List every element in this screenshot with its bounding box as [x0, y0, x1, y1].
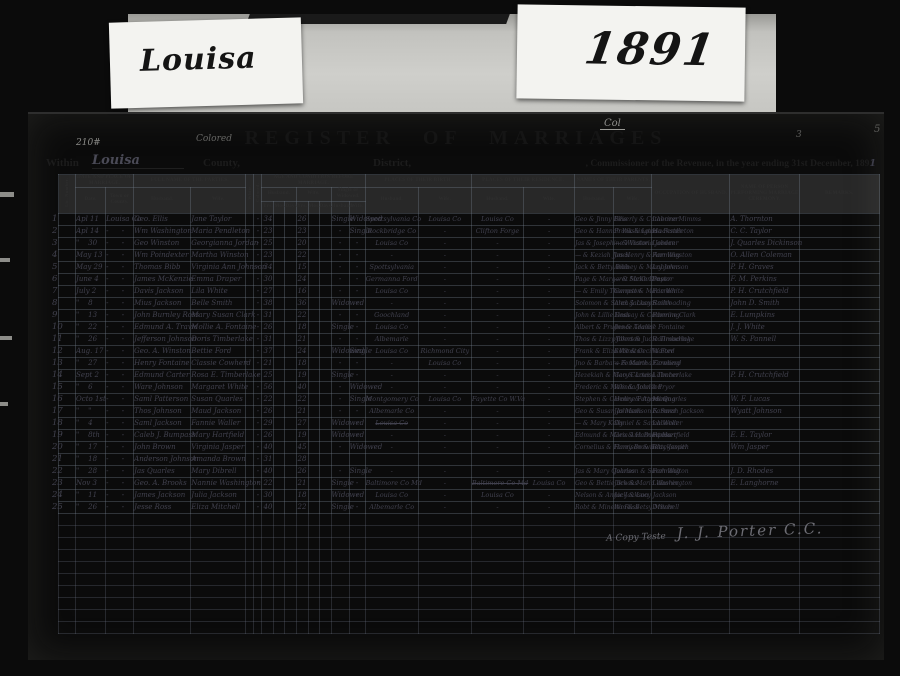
- cell-min: J. Quarles Dickinson: [730, 237, 799, 249]
- cell-mw: [308, 357, 319, 369]
- cell-rem: [799, 573, 879, 585]
- cell-ch: -: [331, 393, 349, 405]
- cell-min: P. H. Graves: [730, 261, 799, 273]
- cell-yh: 23: [262, 225, 274, 237]
- cell-pw: [614, 573, 652, 585]
- cell-husband: [134, 585, 191, 597]
- cell-wife: Emma Draper: [191, 273, 246, 285]
- cell-rem: [799, 597, 879, 609]
- cell-dh: [285, 585, 296, 597]
- cell-yh: [262, 513, 274, 525]
- cell-wife: [191, 597, 246, 609]
- cell-date: " 4: [76, 417, 106, 429]
- cell-dw: [319, 417, 331, 429]
- cell-colored: [254, 549, 262, 561]
- register-table: Lic. Number. DATE AND PLACE OF MARRIAGE.…: [58, 174, 880, 634]
- page-title: REGISTER OF MARRIAGES: [28, 127, 884, 150]
- col-group-names: FULL NAME OF THE PARTIES.: [134, 175, 246, 188]
- cell-cw: [349, 453, 365, 465]
- cell-dw: [319, 321, 331, 333]
- cell-pw: Henry & Agnes Quarles: [614, 393, 652, 405]
- cell-bw: -: [418, 309, 471, 321]
- commissioner-line: , Commissioner of the Revenue, in the ye…: [586, 158, 876, 169]
- cell-dw: [319, 405, 331, 417]
- cell-wife: Virginia Jasper: [191, 441, 246, 453]
- cell-husband: Caleb J. Bumpass: [134, 429, 191, 441]
- cell-ph: — & Keziah Jones: [575, 249, 614, 261]
- cell-mh: [274, 525, 285, 537]
- cell-rw: [524, 609, 575, 621]
- cell-ph: Jno & Barbara Fontaine: [575, 357, 614, 369]
- table-row: 21" 18- -Anderson JohnsonAmanda Brown-31…: [59, 453, 880, 465]
- cell-white: [246, 549, 254, 561]
- cell-ph: Geo & Susan Johnson: [575, 405, 614, 417]
- col-header-residence-husband: Husband.: [471, 187, 523, 213]
- cell-ch: Single: [331, 501, 349, 513]
- cell-occ: Waiter: [652, 345, 730, 357]
- cell-yw: 21: [296, 477, 308, 489]
- cell-place: - -: [106, 429, 134, 441]
- cell-dw: [319, 453, 331, 465]
- cell-place: [106, 609, 134, 621]
- cell-yw: [296, 609, 308, 621]
- cell-dw: [319, 213, 331, 225]
- cell-pw: Daniel & Sarah Waller: [614, 417, 652, 429]
- table-row: 16Octo 1st- -Saml PattersonSusan Quarles…: [59, 393, 880, 405]
- cell-wife: Amanda Brown: [191, 453, 246, 465]
- cell-dh: [285, 417, 296, 429]
- cell-place: [106, 585, 134, 597]
- cell-ch: -: [331, 381, 349, 393]
- cell-dh: [285, 609, 296, 621]
- cell-pw: [614, 513, 652, 525]
- cell-bw: -: [418, 285, 471, 297]
- cell-occ: [652, 573, 730, 585]
- cell-dw: [319, 513, 331, 525]
- col-header-single-widowed: Single or Widowed.: [331, 187, 365, 201]
- cell-dh: [285, 369, 296, 381]
- cell-bh: -: [365, 369, 418, 381]
- cell-place: [106, 537, 134, 549]
- cell-rem: [799, 393, 879, 405]
- cell-wife: Jane Taylor: [191, 213, 246, 225]
- cell-occ: [652, 453, 730, 465]
- cell-no: 20: [59, 441, 76, 453]
- cell-place: [106, 549, 134, 561]
- cell-bh: [365, 537, 418, 549]
- empty-row: [59, 609, 880, 621]
- cell-yh: [262, 621, 274, 633]
- cell-wife: Susan Quarles: [191, 393, 246, 405]
- cell-ph: [575, 609, 614, 621]
- cell-dh: [285, 333, 296, 345]
- cell-pw: Geo & Harriett Hartfield: [614, 429, 652, 441]
- cell-min: [730, 345, 799, 357]
- cell-rw: -: [524, 501, 575, 513]
- cell-date: [76, 513, 106, 525]
- empty-row: [59, 561, 880, 573]
- cell-occ: Farmer: [652, 285, 730, 297]
- cell-yh: 25: [262, 237, 274, 249]
- cell-rh: Louisa Co: [471, 213, 523, 225]
- cell-no: [59, 549, 76, 561]
- table-row: 6June 4- -James McKenzieEmma Draper-3024…: [59, 273, 880, 285]
- cell-date: [76, 597, 106, 609]
- cell-rem: [799, 561, 879, 573]
- cell-ch: -: [331, 333, 349, 345]
- cell-yw: 22: [296, 501, 308, 513]
- cell-dw: [319, 309, 331, 321]
- cell-pw: [614, 597, 652, 609]
- cell-rem: [799, 381, 879, 393]
- cell-no: 2: [59, 225, 76, 237]
- cell-yw: [296, 537, 308, 549]
- cell-mw: [308, 429, 319, 441]
- cell-husband: Geo Winston: [134, 237, 191, 249]
- cell-wife: Mary Hartfield: [191, 429, 246, 441]
- cell-date: " 11: [76, 489, 106, 501]
- cell-bw: [418, 621, 471, 633]
- cell-bw: -: [418, 333, 471, 345]
- cell-ph: Hezekiah & Mary Carter: [575, 369, 614, 381]
- cell-bh: Louisa Co: [365, 237, 418, 249]
- cell-yw: 15: [296, 261, 308, 273]
- cell-ch: -: [331, 405, 349, 417]
- cell-dw: [319, 333, 331, 345]
- cell-dh: [285, 297, 296, 309]
- header-subline: Within Louisa County, District, , Commis…: [28, 156, 884, 172]
- cell-yw: 22: [296, 309, 308, 321]
- cell-yh: 22: [262, 477, 274, 489]
- cell-rh: [471, 513, 523, 525]
- cell-min: Wyatt Johnson: [730, 405, 799, 417]
- cell-min: J. J. White: [730, 321, 799, 333]
- cell-mh: [274, 453, 285, 465]
- cell-ph: Albert & Prudence Travis: [575, 321, 614, 333]
- cell-place: - -: [106, 225, 134, 237]
- cell-ph: Thos & Lizzy Johnson: [575, 333, 614, 345]
- empty-row: [59, 573, 880, 585]
- col-header-date: Date.: [76, 187, 106, 213]
- cell-mh: [274, 465, 285, 477]
- cell-no: [59, 609, 76, 621]
- cell-ch: [331, 537, 349, 549]
- empty-row: [59, 621, 880, 633]
- cell-rh: -: [471, 297, 523, 309]
- cell-cw: Single: [349, 393, 365, 405]
- cell-bh: [365, 561, 418, 573]
- cell-bh: Germanna Ford: [365, 273, 418, 285]
- cell-occ: Railroading: [652, 297, 730, 309]
- cell-pw: [614, 585, 652, 597]
- cell-wife: Mary Susan Clark: [191, 309, 246, 321]
- cell-mw: [308, 345, 319, 357]
- cell-place: [106, 561, 134, 573]
- cell-wife: [191, 621, 246, 633]
- cell-cw: [349, 597, 365, 609]
- cell-rh: [471, 597, 523, 609]
- cell-ph: John & Lillie Ross: [575, 309, 614, 321]
- cell-bh: [365, 585, 418, 597]
- cell-bh: [365, 525, 418, 537]
- cell-bw: -: [418, 249, 471, 261]
- cell-mh: [274, 225, 285, 237]
- cell-wife: Belle Smith: [191, 297, 246, 309]
- cell-rem: [799, 537, 879, 549]
- table-row: 18" 4- -Saml JacksonFannie Waller-2927Wi…: [59, 417, 880, 429]
- col-group-parents: NAMES OF THEIR PARENTS.: [575, 175, 652, 188]
- cell-wife: Mollie A. Fontaine: [191, 321, 246, 333]
- cell-no: 10: [59, 321, 76, 333]
- cell-pw: [614, 561, 652, 573]
- cell-date: " 13: [76, 309, 106, 321]
- col-header-age-wife: Wife.: [296, 187, 331, 201]
- cell-ch: -: [331, 309, 349, 321]
- cell-bh: Albemarle: [365, 333, 418, 345]
- cell-pw: Jas Henry & Ann Winston: [614, 249, 652, 261]
- table-row: 8" 8- -Mius JacksonBelle Smith-3836Widow…: [59, 297, 880, 309]
- cell-mw: [308, 501, 319, 513]
- cell-no: 8: [59, 297, 76, 309]
- cell-place: - -: [106, 261, 134, 273]
- cell-bh: Goochland: [365, 309, 418, 321]
- cell-date: Aug. 17: [76, 345, 106, 357]
- cell-husband: [134, 597, 191, 609]
- cell-wife: [191, 609, 246, 621]
- cell-bw: -: [418, 321, 471, 333]
- cell-occ: Mining: [652, 393, 730, 405]
- table-row: 9" 13- -John Burnley RossMary Susan Clar…: [59, 309, 880, 321]
- cell-bh: Louisa Co: [365, 321, 418, 333]
- cell-mw: [308, 381, 319, 393]
- cell-yw: 26: [296, 465, 308, 477]
- cell-bw: -: [418, 405, 471, 417]
- cell-mh: [274, 321, 285, 333]
- col-header-colored: Colored.: [254, 175, 262, 214]
- cell-place: - -: [106, 453, 134, 465]
- cell-yw: [296, 621, 308, 633]
- cell-colored: -: [254, 441, 262, 453]
- cell-husband: Saml Jackson: [134, 417, 191, 429]
- cell-rh: [471, 525, 523, 537]
- cell-mh: [274, 417, 285, 429]
- cell-dh: [285, 237, 296, 249]
- cell-dh: [285, 273, 296, 285]
- cell-ph: [575, 573, 614, 585]
- table-row: 15" 6- -Ware JohnsonMargaret White-5640-…: [59, 381, 880, 393]
- cell-ch: -: [331, 465, 349, 477]
- cell-ph: [575, 597, 614, 609]
- cell-colored: -: [254, 249, 262, 261]
- cell-bw: [418, 525, 471, 537]
- cell-mh: [274, 237, 285, 249]
- cell-white: [246, 609, 254, 621]
- cell-husband: Saml Patterson: [134, 393, 191, 405]
- cell-place: - -: [106, 249, 134, 261]
- cell-yh: 30: [262, 489, 274, 501]
- cell-mw: [308, 597, 319, 609]
- cell-ph: [575, 585, 614, 597]
- cell-dh: [285, 285, 296, 297]
- cell-ph: Geo & Bettie Brooks: [575, 477, 614, 489]
- cell-min: E. Langhorne: [730, 477, 799, 489]
- cell-ph: Robt & Minetta Ross: [575, 501, 614, 513]
- cell-ph: [575, 453, 614, 465]
- cell-wife: Bettie Ford: [191, 345, 246, 357]
- cell-rem: [799, 369, 879, 381]
- cell-min: E. Lumpkins: [730, 309, 799, 321]
- cell-rem: [799, 441, 879, 453]
- cell-husband: Thos Johnson: [134, 405, 191, 417]
- cell-ch: Single: [331, 369, 349, 381]
- cell-yw: 19: [296, 369, 308, 381]
- cell-bw: -: [418, 417, 471, 429]
- cell-ch: -: [331, 441, 349, 453]
- cell-bw: -: [418, 489, 471, 501]
- cell-white: [246, 405, 254, 417]
- col-header-yrs-w: Yrs.: [296, 201, 308, 213]
- cell-min: A. Thornton: [730, 213, 799, 225]
- cell-yh: 26: [262, 321, 274, 333]
- cell-ch: [331, 525, 349, 537]
- cell-yh: [262, 525, 274, 537]
- cell-date: [76, 561, 106, 573]
- cell-bw: -: [418, 297, 471, 309]
- cell-dh: [285, 561, 296, 573]
- cell-min: C. C. Taylor: [730, 225, 799, 237]
- cell-mw: [308, 621, 319, 633]
- cell-white: [246, 597, 254, 609]
- cell-rem: [799, 261, 879, 273]
- cell-bh: [365, 549, 418, 561]
- cell-yw: 18: [296, 321, 308, 333]
- cell-rw: -: [524, 249, 575, 261]
- cell-yh: 27: [262, 285, 274, 297]
- cell-white: [246, 489, 254, 501]
- cell-mh: [274, 261, 285, 273]
- cell-rh: -: [471, 417, 523, 429]
- cell-bh: -: [365, 249, 418, 261]
- cell-min: E. E. Taylor: [730, 429, 799, 441]
- cell-ph: Solomon & Sarah Jackson: [575, 297, 614, 309]
- cell-white: [246, 585, 254, 597]
- cell-mh: [274, 621, 285, 633]
- scan-speck: [0, 402, 8, 406]
- cell-ph: — & Emily Thompson: [575, 285, 614, 297]
- cell-rw: -: [524, 393, 575, 405]
- cell-cw: [349, 609, 365, 621]
- cell-bw: [418, 609, 471, 621]
- cell-ph: [575, 513, 614, 525]
- cell-rw: -: [524, 381, 575, 393]
- cell-no: 5: [59, 261, 76, 273]
- cell-rw: [524, 621, 575, 633]
- cell-wife: Maud Jackson: [191, 405, 246, 417]
- cell-bh: -: [365, 297, 418, 309]
- cell-pw: [614, 609, 652, 621]
- cell-date: " 27: [76, 357, 106, 369]
- cell-ch: Widowed: [331, 429, 349, 441]
- cell-yw: [296, 513, 308, 525]
- cell-rh: -: [471, 321, 523, 333]
- cell-rw: -: [524, 417, 575, 429]
- cell-bw: Richmond City: [418, 345, 471, 357]
- cell-bw: Louisa Co: [418, 357, 471, 369]
- cell-husband: Thomas Bibb: [134, 261, 191, 273]
- col-header-minister: NAME OF PERSON PERFORMING MARRIAGE CEREM…: [730, 175, 799, 214]
- cell-pw: — & Martha Cowherd: [614, 357, 652, 369]
- cell-no: 23: [59, 477, 76, 489]
- cell-bw: -: [418, 381, 471, 393]
- cell-ph: Frank & Eliza Winston: [575, 345, 614, 357]
- cell-yw: 23: [296, 225, 308, 237]
- cell-rem: [799, 417, 879, 429]
- cell-mw: [308, 249, 319, 261]
- cell-bh: -: [365, 465, 418, 477]
- cell-cw: [349, 537, 365, 549]
- cell-bw: -: [418, 261, 471, 273]
- scanned-page: Louisa 1891 210# Colored Col 3 5 REGISTE…: [0, 0, 900, 676]
- cell-yw: 40: [296, 381, 308, 393]
- cell-date: May 13: [76, 249, 106, 261]
- table-row: 23Nov 3- -Geo. A. BrooksNannie Washingto…: [59, 477, 880, 489]
- cell-yh: 23: [262, 249, 274, 261]
- cell-husband: Edmund Carter: [134, 369, 191, 381]
- cell-rh: Clifton Forge: [471, 225, 523, 237]
- cell-rh: -: [471, 405, 523, 417]
- cell-bw: [418, 453, 471, 465]
- cell-husband: Wm Poindexter: [134, 249, 191, 261]
- cell-yw: 28: [296, 453, 308, 465]
- cell-white: [246, 501, 254, 513]
- cell-mh: [274, 513, 285, 525]
- cell-yw: 26: [296, 213, 308, 225]
- cell-mh: [274, 405, 285, 417]
- cell-dw: [319, 225, 331, 237]
- cell-min: P. H. Crutchfield: [730, 369, 799, 381]
- cell-white: [246, 285, 254, 297]
- cell-dw: [319, 525, 331, 537]
- cell-wife: [191, 537, 246, 549]
- cell-husband: [134, 609, 191, 621]
- cell-rem: [799, 453, 879, 465]
- cell-mw: [308, 333, 319, 345]
- cell-rh: [471, 453, 523, 465]
- cell-colored: [254, 597, 262, 609]
- cell-bw: -: [418, 369, 471, 381]
- cell-place: [106, 525, 134, 537]
- cell-rh: -: [471, 261, 523, 273]
- cell-colored: -: [254, 465, 262, 477]
- cell-bw: [418, 513, 471, 525]
- cell-wife: Julia Jackson: [191, 489, 246, 501]
- cell-colored: -: [254, 429, 262, 441]
- cell-min: [730, 489, 799, 501]
- cell-ch: [331, 597, 349, 609]
- cell-bh: Montgomery Co: [365, 393, 418, 405]
- cell-bh: [365, 513, 418, 525]
- cell-husband: Wm Washington: [134, 225, 191, 237]
- cell-bh: Spottsylvania Co: [365, 213, 418, 225]
- cell-rh: -: [471, 309, 523, 321]
- cell-husband: [134, 561, 191, 573]
- cell-colored: -: [254, 501, 262, 513]
- cell-rem: [799, 489, 879, 501]
- cell-place: Louisa Co: [106, 213, 134, 225]
- cell-yw: [296, 549, 308, 561]
- cell-place: [106, 573, 134, 585]
- cell-dh: [285, 321, 296, 333]
